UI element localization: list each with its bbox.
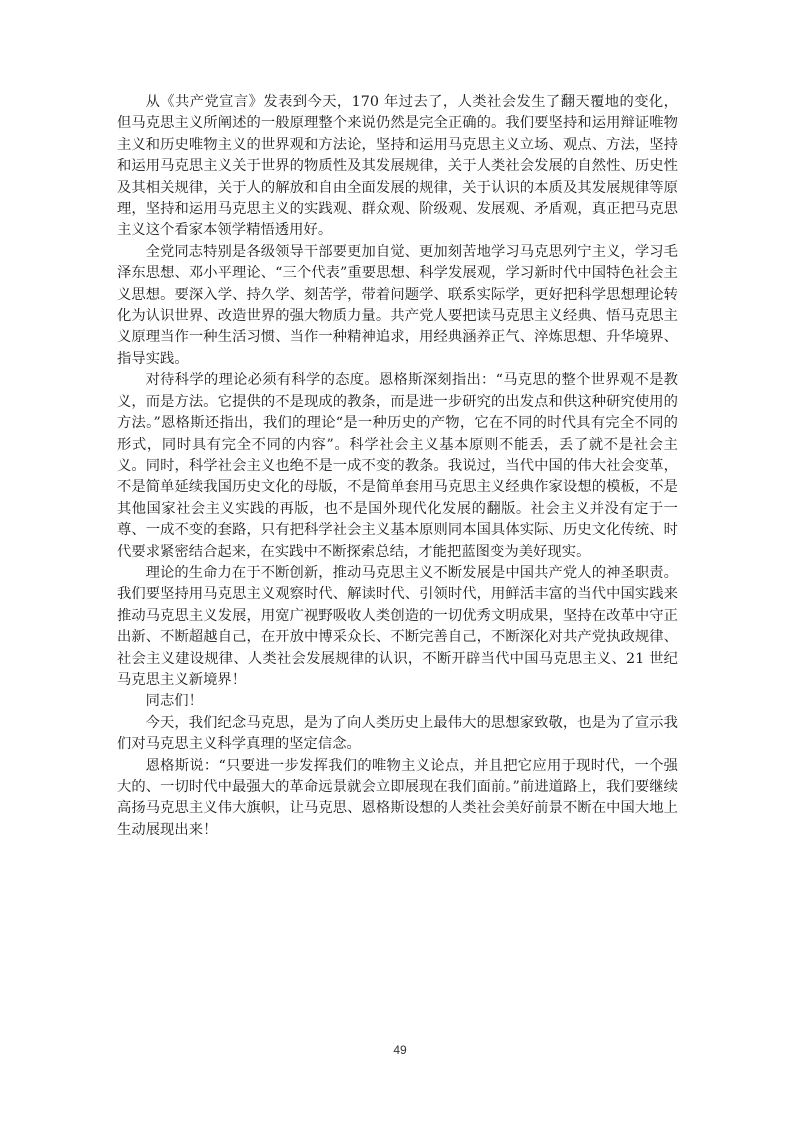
paragraph-theoretical-innovation: 理论的生命力在于不断创新，推动马克思主义不断发展是中国共产党人的神圣职责。我们要… — [117, 563, 678, 691]
paragraph-engels-quote: 恩格斯说：“只要进一步发挥我们的唯物主义论点，并且把它应用于现时代，一个强大的、… — [117, 756, 678, 842]
document-body: 从《共产党宣言》发表到今天，170 年过去了，人类社会发生了翻天覆地的变化，但马… — [117, 92, 678, 841]
paragraph-comrades: 同志们！ — [117, 691, 678, 712]
page-number: 49 — [0, 1043, 800, 1057]
paragraph-marxism-principles: 从《共产党宣言》发表到今天，170 年过去了，人类社会发生了翻天覆地的变化，但马… — [117, 92, 678, 242]
paragraph-party-study: 全党同志特别是各级领导干部要更加自觉、更加刻苦地学习马克思列宁主义，学习毛泽东思… — [117, 242, 678, 370]
paragraph-commemoration: 今天，我们纪念马克思，是为了向人类历史上最伟大的思想家致敬，也是为了宣示我们对马… — [117, 713, 678, 756]
paragraph-scientific-attitude: 对待科学的理论必须有科学的态度。恩格斯深刻指出：“马克思的整个世界观不是教义，而… — [117, 370, 678, 563]
